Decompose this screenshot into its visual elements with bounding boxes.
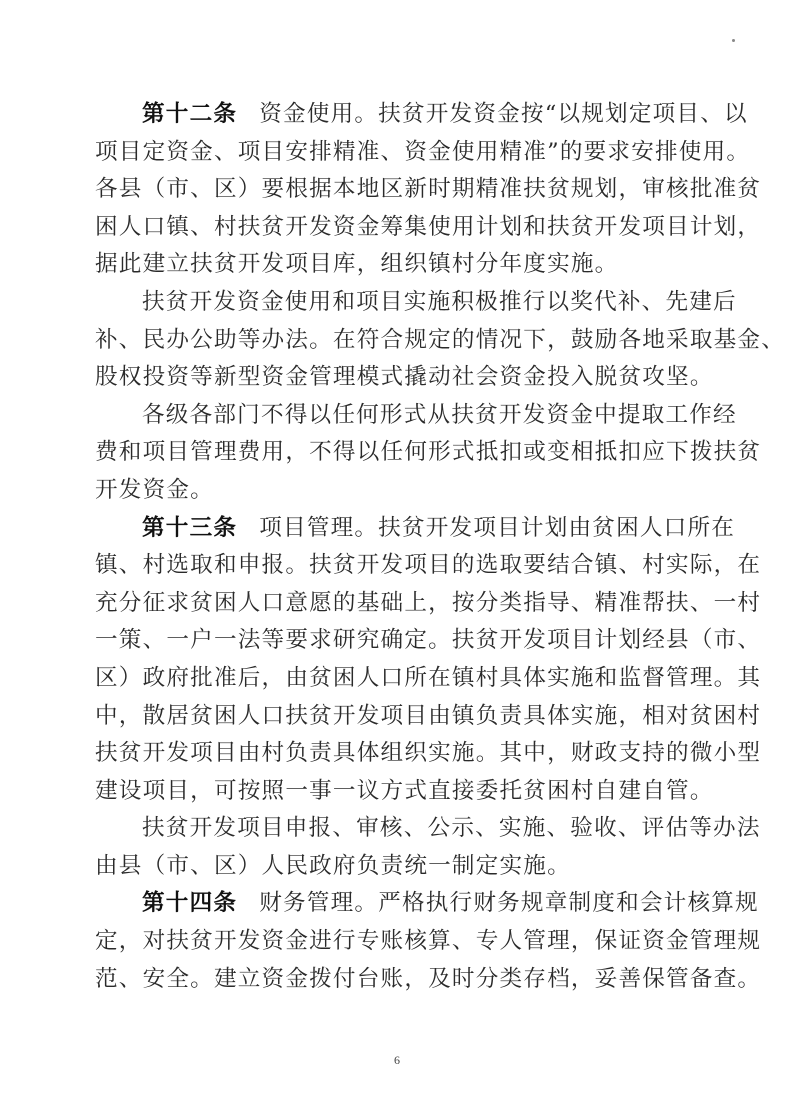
article-13-heading: 第十三条 — [142, 515, 237, 541]
article-13-line: 中，散居贫困人口扶贫开发项目由镇负责具体实施，相对贫困村 — [95, 698, 695, 736]
article-12-line-1: 第十二条资金使用。扶贫开发资金按“以规划定项目、以 — [95, 96, 695, 134]
article-13-p2-line: 由县（市、区）人民政府负责统一制定实施。 — [95, 848, 695, 886]
article-12-line: 项目定资金、项目安排精准、资金使用精准”的要求安排使用。 — [95, 134, 695, 172]
article-14-line: 范、安全。建立资金拨付台账，及时分类存档，妥善保管备查。 — [95, 961, 695, 999]
article-12-line: 困人口镇、村扶贫开发资金筹集使用计划和扶贫开发项目计划， — [95, 209, 695, 247]
article-13-line: 充分征求贫困人口意愿的基础上，按分类指导、精准帮扶、一村 — [95, 585, 695, 623]
article-12-p2-line: 补、民办公助等办法。在符合规定的情况下，鼓励各地采取基金、 — [95, 322, 695, 360]
article-13-line: 区）政府批准后，由贫困人口所在镇村具体实施和监督管理。其 — [95, 660, 695, 698]
article-12-p3-line: 费和项目管理费用，不得以任何形式抵扣或变相抵扣应下拨扶贫 — [95, 434, 695, 472]
article-12-p3-line: 开发资金。 — [95, 472, 695, 510]
article-13-line: 建设项目，可按照一事一议方式直接委托贫困村自建自管。 — [95, 773, 695, 811]
scan-artifact — [732, 39, 735, 42]
article-14-line-1: 第十四条财务管理。严格执行财务规章制度和会计核算规 — [95, 885, 695, 923]
article-12-p2-line: 扶贫开发资金使用和项目实施积极推行以奖代补、先建后 — [95, 284, 695, 322]
document-page: 第十二条资金使用。扶贫开发资金按“以规划定项目、以 项目定资金、项目安排精准、资… — [95, 96, 695, 998]
page-number: 6 — [0, 1053, 794, 1068]
article-13-line: 扶贫开发项目由村负责具体组织实施。其中，财政支持的微小型 — [95, 735, 695, 773]
article-12-line: 各县（市、区）要根据本地区新时期精准扶贫规划，审核批准贫 — [95, 171, 695, 209]
article-13-line-1: 第十三条项目管理。扶贫开发项目计划由贫困人口所在 — [95, 510, 695, 548]
article-12-p2-line: 股权投资等新型资金管理模式撬动社会资金投入脱贫攻坚。 — [95, 359, 695, 397]
article-12-line: 据此建立扶贫开发项目库，组织镇村分年度实施。 — [95, 246, 695, 284]
article-13-line: 一策、一户一法等要求研究确定。扶贫开发项目计划经县（市、 — [95, 622, 695, 660]
article-14-heading: 第十四条 — [142, 890, 237, 916]
article-12-p3-line: 各级各部门不得以任何形式从扶贫开发资金中提取工作经 — [95, 397, 695, 435]
article-13-line: 镇、村选取和申报。扶贫开发项目的选取要结合镇、村实际，在 — [95, 547, 695, 585]
article-14-line: 定，对扶贫开发资金进行专账核算、专人管理，保证资金管理规 — [95, 923, 695, 961]
article-12-heading: 第十二条 — [142, 101, 237, 127]
article-13-p2-line: 扶贫开发项目申报、审核、公示、实施、验收、评估等办法 — [95, 810, 695, 848]
